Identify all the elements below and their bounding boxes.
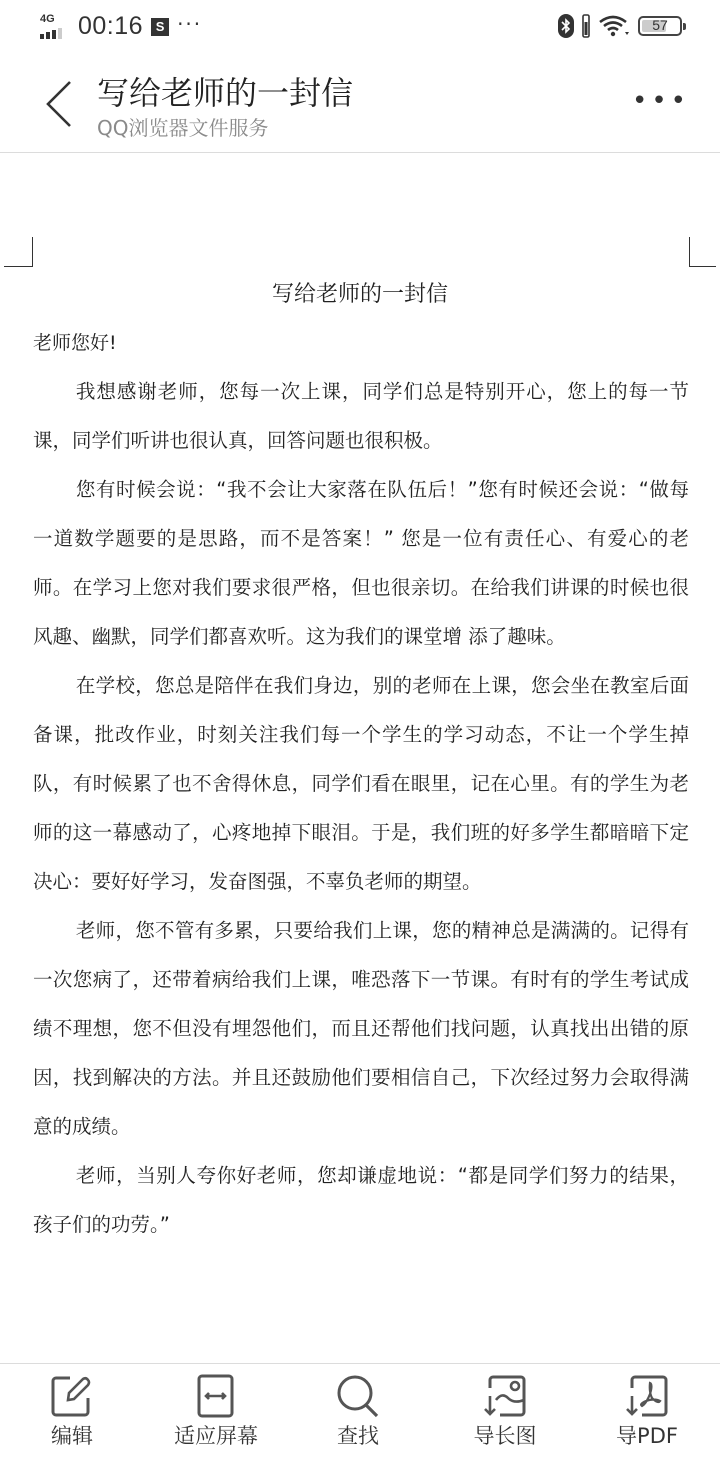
find-label: 查找	[337, 1420, 379, 1450]
document-greeting: 老师您好!	[33, 328, 117, 355]
export-pdf-button[interactable]: 导PDF	[602, 1364, 692, 1460]
clock: 00:16	[78, 12, 143, 41]
fit-screen-icon	[196, 1374, 236, 1418]
page-title: 写给老师的一封信	[97, 68, 353, 114]
page-subtitle: QQ浏览器文件服务	[97, 112, 268, 141]
document-viewer[interactable]: 写给老师的一封信 老师您好! 我想感谢老师，您每一次上课，同学们总是特别开心，您…	[0, 153, 720, 1363]
bluetooth-icon	[558, 14, 574, 38]
battery-icon: 57	[638, 16, 682, 36]
document-title: 写给老师的一封信	[0, 277, 720, 308]
fit-screen-button[interactable]: 适应屏幕	[156, 1364, 276, 1460]
cellular-signal-icon: 4G	[40, 13, 70, 41]
export-long-image-icon	[482, 1374, 528, 1418]
paragraph: 您有时候会说：“我不会让大家落在队伍后！”您有时候还会说：“做每一道数学题要的是…	[33, 465, 689, 661]
network-type: 4G	[40, 13, 55, 25]
paragraph: 我想感谢老师，您每一次上课，同学们总是特别开心，您上的每一节课，同学们听讲也很认…	[33, 367, 689, 465]
back-button[interactable]	[40, 78, 80, 130]
paragraph: 老师，当别人夸你好老师，您却谦虚地说：“都是同学们努力的结果，孩子们的功劳。”	[33, 1151, 689, 1249]
export-pdf-label: 导PDF	[616, 1420, 678, 1450]
paragraph: 老师，您不管有多累，只要给我们上课，您的精神总是满满的。记得有一次您病了，还带着…	[33, 906, 689, 1151]
page-corner-mark-left	[4, 237, 33, 267]
export-long-image-label: 导长图	[474, 1420, 537, 1450]
app-header: 写给老师的一封信 QQ浏览器文件服务 •••	[0, 56, 720, 153]
export-pdf-icon	[624, 1374, 670, 1418]
status-bar: 4G 00:16 S ··· 57	[0, 0, 720, 56]
fit-screen-label: 适应屏幕	[174, 1420, 258, 1450]
edit-icon	[50, 1374, 94, 1418]
screenshot-s-icon: S	[151, 18, 169, 36]
battery-level: 57	[640, 17, 680, 33]
edit-label: 编辑	[51, 1420, 93, 1450]
notification-overflow: ···	[177, 12, 202, 36]
export-long-image-button[interactable]: 导长图	[460, 1364, 550, 1460]
wifi-icon	[598, 15, 630, 37]
document-body: 我想感谢老师，您每一次上课，同学们总是特别开心，您上的每一节课，同学们听讲也很认…	[33, 367, 689, 1249]
find-button[interactable]: 查找	[318, 1364, 398, 1460]
page-corner-mark-right	[689, 237, 716, 267]
edit-button[interactable]: 编辑	[32, 1364, 112, 1460]
paragraph: 在学校，您总是陪伴在我们身边，别的老师在上课，您会坐在教室后面备课，批改作业，时…	[33, 661, 689, 906]
more-options-button[interactable]: •••	[632, 86, 690, 116]
chevron-left-icon	[40, 78, 80, 130]
bottom-toolbar: 编辑 适应屏幕 查找 导长图 导PDF	[0, 1363, 720, 1460]
vibrate-icon	[582, 14, 590, 38]
search-icon	[335, 1374, 381, 1418]
